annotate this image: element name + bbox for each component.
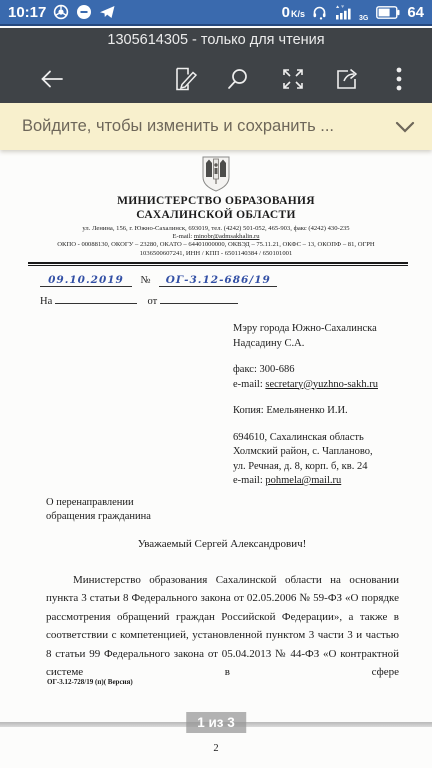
reference-row: На от — [40, 296, 238, 307]
share-button[interactable] — [327, 59, 367, 99]
document-title: 1305614305 - только для чтения — [0, 28, 432, 54]
fullscreen-button[interactable] — [273, 59, 313, 99]
ministry-email-link[interactable]: minobr@admsakhalin.ru — [194, 233, 260, 240]
chevron-down-icon[interactable] — [394, 120, 416, 134]
letterhead-contacts: ул. Ленина, 156, г. Южно-Сахалинск, 6930… — [0, 225, 432, 258]
document-page-1[interactable]: МИНИСТЕРСТВО ОБРАЗОВАНИЯ САХАЛИНСКОЙ ОБЛ… — [0, 150, 432, 722]
battery-percent-label: 64 — [407, 4, 424, 21]
date-field: 09.10.2019 — [40, 274, 132, 287]
search-button[interactable] — [218, 59, 258, 99]
salutation: Уважаемый Сергей Александрович! — [46, 538, 398, 550]
document-reference-footer: ОГ-3.12-728/19 (п)( Версия) — [47, 678, 133, 686]
network-speed: 0K/s — [282, 4, 305, 21]
headset-icon — [312, 5, 327, 20]
recipient-email-link[interactable]: secretary@yuzhno-sakh.ru — [265, 379, 378, 390]
ministry-name: МИНИСТЕРСТВО ОБРАЗОВАНИЯ САХАЛИНСКОЙ ОБЛ… — [0, 194, 432, 222]
back-arrow-icon — [39, 68, 65, 90]
letter-body: Министерство образования Сахалинской обл… — [46, 571, 399, 681]
document-page-2[interactable]: 2 — [0, 727, 432, 768]
edit-button[interactable] — [165, 59, 205, 99]
chrome-icon — [53, 4, 69, 20]
back-button[interactable] — [32, 59, 72, 99]
signal-strength-icon — [334, 4, 354, 21]
letterhead-divider — [28, 262, 408, 266]
overflow-menu-button[interactable] — [379, 59, 419, 99]
search-icon — [226, 67, 250, 91]
sign-in-banner-text: Войдите, чтобы изменить и сохранить ... — [22, 117, 334, 136]
edit-document-icon — [172, 66, 198, 92]
page-indicator-toast: 1 из 3 — [186, 712, 246, 733]
clock: 10:17 — [8, 4, 46, 21]
fullscreen-icon — [281, 67, 305, 91]
telegram-icon — [99, 4, 116, 20]
sign-in-banner[interactable]: Войдите, чтобы изменить и сохранить ... — [0, 103, 432, 150]
date-number-row: 09.10.2019 № ОГ-3.12-686/19 — [40, 274, 277, 287]
number-field: ОГ-3.12-686/19 — [159, 274, 277, 287]
overflow-menu-icon — [396, 67, 402, 91]
share-icon — [334, 67, 360, 91]
battery-icon — [376, 6, 400, 19]
coat-of-arms-emblem — [197, 154, 235, 194]
recipient-block: Мэру города Южно-Сахалинска Надсадину С.… — [233, 322, 378, 489]
toolbar — [0, 54, 432, 103]
app-bar: 1305614305 - только для чтения — [0, 28, 432, 103]
subject-block: О перенаправлении обращения гражданина — [46, 496, 151, 524]
copy-email-link[interactable]: pohmela@mail.ru — [265, 475, 341, 486]
network-type-label: 3G — [359, 15, 368, 22]
document-viewer-screen: 10:17 0K/s 3G 64 1305614305 - только для… — [0, 0, 432, 768]
page-2-number: 2 — [0, 743, 432, 754]
chat-notification-icon — [76, 4, 92, 20]
status-bar: 10:17 0K/s 3G 64 — [0, 0, 432, 26]
